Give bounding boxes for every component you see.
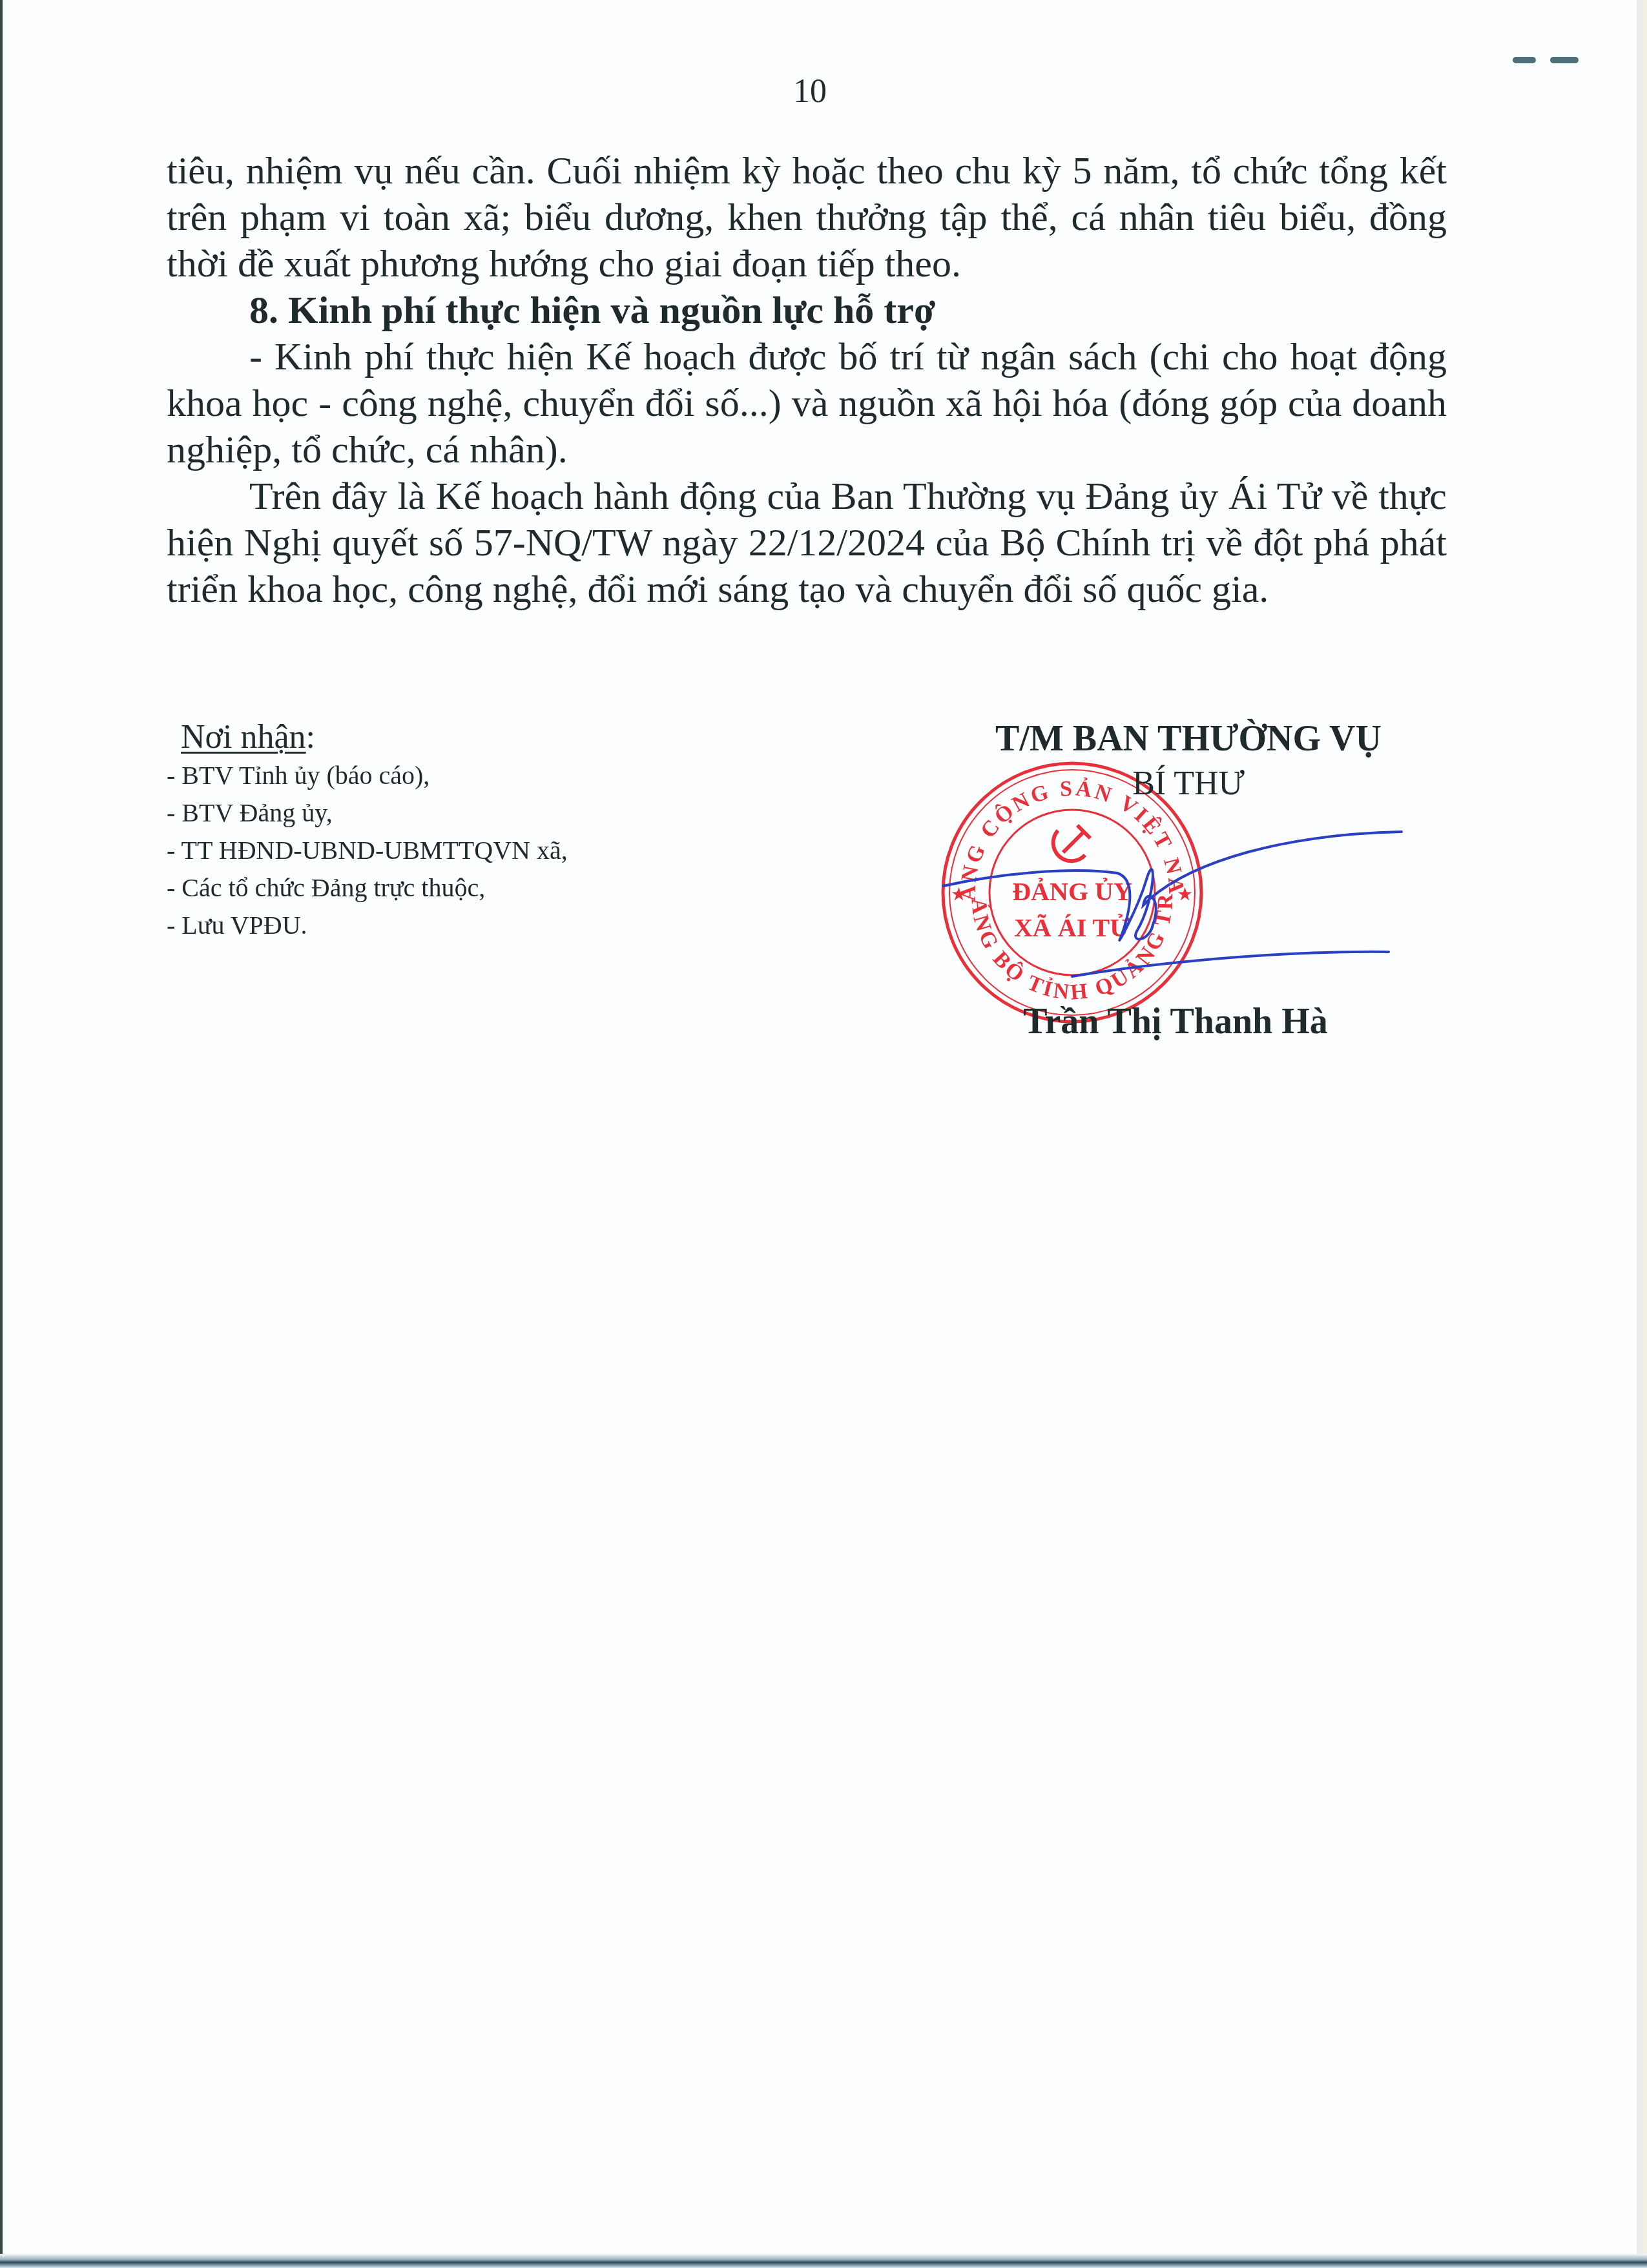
scan-edge-right	[1637, 0, 1647, 2268]
scan-mark	[1550, 57, 1579, 63]
section-heading: 8. Kinh phí thực hiện và nguồn lực hỗ tr…	[167, 287, 1447, 333]
recipient-item: - BTV Tỉnh ủy (báo cáo),	[167, 757, 748, 794]
recipients-block: Nơi nhận: - BTV Tỉnh ủy (báo cáo), - BTV…	[167, 718, 748, 944]
signature-block: ĐẢNG CỘNG SẢN VIỆT NAM ĐẢNG BỘ TỈNH QUẢN…	[924, 718, 1453, 1054]
paragraph-closing: Trên đây là Kế hoạch hành động của Ban T…	[167, 473, 1447, 612]
recipient-item: - TT HĐND-UBND-UBMTTQVN xã,	[167, 832, 748, 869]
scan-edge-left	[0, 0, 3, 2268]
scan-edge-bottom	[0, 2254, 1647, 2268]
paragraph-continuation: tiêu, nhiệm vụ nếu cần. Cuối nhiệm kỳ ho…	[167, 147, 1447, 287]
recipients-list: - BTV Tỉnh ủy (báo cáo), - BTV Đảng ủy, …	[167, 757, 748, 944]
recipient-item: - Các tổ chức Đảng trực thuộc,	[167, 869, 748, 907]
paragraph-funding: - Kinh phí thực hiện Kế hoạch được bố tr…	[167, 333, 1447, 473]
page-number: 10	[0, 72, 1620, 111]
recipient-item: - BTV Đảng ủy,	[167, 794, 748, 832]
recipient-item: - Lưu VPĐU.	[167, 907, 748, 944]
body-text: tiêu, nhiệm vụ nếu cần. Cuối nhiệm kỳ ho…	[167, 147, 1447, 612]
scan-mark	[1513, 57, 1536, 63]
signer-name: Trần Thị Thanh Hà	[911, 1001, 1440, 1042]
recipients-label: Nơi nhận:	[181, 718, 748, 757]
